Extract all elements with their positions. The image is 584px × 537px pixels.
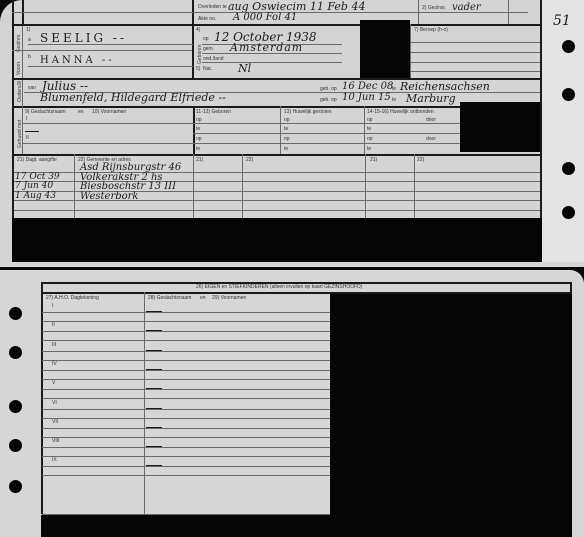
- address-col3-header: 21): [196, 158, 203, 163]
- rule: [28, 66, 193, 67]
- gezinsrelatie-value: vader: [452, 3, 481, 13]
- rule: [42, 340, 330, 341]
- divider: [22, 106, 23, 154]
- punch-hole: [9, 400, 22, 413]
- divider: [280, 106, 281, 154]
- geslachtsnaam-value: SEELIG --: [40, 32, 127, 44]
- rule: [146, 427, 162, 428]
- rule: [410, 62, 540, 63]
- overleden-label: Overleden te: [198, 5, 227, 10]
- rule: [202, 53, 342, 54]
- gehuwd-hg-op: op: [284, 137, 290, 142]
- rule: [410, 71, 540, 72]
- rule: [42, 456, 330, 457]
- address-col4-header: 22): [246, 158, 253, 163]
- rule: [28, 44, 193, 45]
- akte-value: A 000 Fol 41: [233, 13, 297, 23]
- nat-label: Nat.: [203, 67, 212, 72]
- rule: [12, 154, 542, 156]
- address-col6-header: 22): [417, 158, 424, 163]
- rule: [146, 311, 162, 312]
- geboren-gem-value: Amsterdam: [230, 42, 303, 53]
- gehuwd-geb-te: te: [196, 127, 200, 132]
- divider: [418, 0, 419, 24]
- punch-hole: [562, 206, 575, 219]
- mother-name: Blumenfeld, Hildegard Elfriede --: [40, 92, 226, 103]
- punch-hole: [9, 480, 22, 493]
- divider: [74, 154, 75, 218]
- rule: [42, 428, 330, 429]
- child-row-numeral: IX: [52, 458, 57, 463]
- en-header: en: [200, 296, 206, 301]
- redacted-photo: [360, 20, 410, 78]
- child-row-numeral: VII: [52, 420, 58, 425]
- rule: [146, 369, 162, 370]
- redacted-marriage-details: [460, 102, 540, 152]
- gehuwd-geslachtsnaam-header: 9) Geslachtsnaam: [25, 110, 66, 115]
- rule: [42, 466, 330, 467]
- aho-header: 27) A.H.O. Dagtekening: [46, 296, 99, 301]
- gehuwd-en-header: en: [78, 110, 84, 115]
- rule: [22, 123, 462, 124]
- nat-value: Nl: [238, 63, 251, 74]
- rule: [42, 331, 330, 332]
- gezinsrelatie-label: 2) Gezinsr.: [422, 6, 446, 11]
- rule: [42, 321, 330, 322]
- bottom-card: 26) EIGEN en STIEFKINDEREN (alleen invul…: [0, 270, 584, 537]
- punch-hole: [9, 346, 22, 359]
- rule: [12, 50, 192, 51]
- rule: [42, 418, 330, 419]
- rule: [410, 52, 540, 53]
- divider: [22, 26, 23, 78]
- rule: [25, 131, 39, 132]
- geboren-section: 4): [196, 28, 200, 33]
- rule: [146, 350, 162, 351]
- rule: [42, 437, 330, 438]
- rule: [12, 12, 192, 13]
- rule: [42, 409, 330, 410]
- divider: [144, 292, 145, 514]
- akte-label: Akte no.: [198, 17, 216, 22]
- address-dagt-header: 21) Dagt. aangifte: [17, 158, 57, 163]
- rule: [12, 24, 542, 26]
- divider: [22, 80, 23, 106]
- rule: [193, 133, 463, 134]
- gehuwd-geboren-header: 11-12) Geboren: [196, 110, 231, 115]
- gehuwd-ho-op: op: [367, 137, 373, 142]
- mother-born-value: 10 Jun 15: [342, 93, 391, 103]
- redacted-bottom-section: [12, 218, 542, 262]
- geboren-gem-label: gem.: [203, 47, 214, 52]
- top-card: 51 Overleden te aug Oswiecim 11 Feb 44 A…: [0, 0, 584, 267]
- rule: [42, 370, 330, 371]
- gehuwd-geb-op: op: [196, 137, 202, 142]
- divider: [365, 154, 366, 218]
- rule: [42, 360, 330, 361]
- rule: [14, 200, 540, 201]
- punch-hole: [562, 88, 575, 101]
- gehuwd-huwelijk-gesloten-header: 13) Huwelijk gesloten: [284, 110, 332, 115]
- gehuwd-ho-te: te: [367, 127, 371, 132]
- overleden-value: aug Oswiecim 11 Feb 44: [228, 1, 365, 12]
- rule: [146, 465, 162, 466]
- divider: [193, 106, 195, 154]
- divider: [242, 154, 243, 218]
- redacted-children-details: [330, 294, 572, 537]
- rule: [14, 210, 540, 211]
- mother-place-value: Marburg: [406, 93, 456, 104]
- beroep-label: 7) Beroep (h-o): [414, 28, 448, 33]
- mother-born-label: geb. op: [320, 98, 337, 103]
- gehuwd-voornamen-header: 10) Voornamen: [92, 110, 126, 115]
- address-date: 7 Jun 40: [15, 182, 53, 191]
- rule: [146, 330, 162, 331]
- rule: [42, 398, 330, 399]
- rule: [42, 389, 330, 390]
- punch-hole: [562, 162, 575, 175]
- voornamen-marker: b: [28, 55, 31, 60]
- address-col5-header: 21): [370, 158, 377, 163]
- voornamen-header: 29) Voornamen: [212, 296, 246, 301]
- father-born-value: 16 Dec 08: [342, 82, 393, 92]
- gehuwd-ho-te: te: [367, 147, 371, 152]
- child-row-numeral: III: [52, 343, 56, 348]
- voornamen-value: HANNA --: [40, 56, 115, 66]
- geslachtsnaam-marker: a: [28, 38, 31, 43]
- divider: [414, 154, 415, 218]
- punch-hole: [9, 439, 22, 452]
- gehuwd-row-marker: II: [26, 136, 29, 141]
- child-row-numeral: I: [52, 304, 53, 309]
- page-number: 51: [553, 14, 571, 28]
- rule: [22, 143, 462, 144]
- child-row-numeral: VI: [52, 401, 57, 406]
- rule: [42, 351, 330, 352]
- geboren-op-label: op: [203, 37, 209, 42]
- divider: [364, 106, 365, 154]
- mother-place-label: te: [392, 98, 396, 103]
- child-row-numeral: II: [52, 323, 55, 328]
- child-row-numeral: IV: [52, 362, 57, 367]
- gehuwd-huwelijk-ontbonden-header: 14-15-16) Huwelijk ontbonden: [367, 110, 434, 115]
- children-title: 26) EIGEN en STIEFKINDEREN (alleen invul…: [196, 285, 362, 290]
- ouders-van-label: van: [28, 86, 36, 91]
- child-row-numeral: VIII: [52, 439, 60, 444]
- punch-hole: [9, 307, 22, 320]
- gehuwd-row-marker: I: [26, 117, 27, 122]
- section-1-label: 1): [26, 28, 30, 33]
- rule: [410, 42, 540, 43]
- gehuwd-hg-te: te: [284, 127, 288, 132]
- divider: [410, 24, 411, 78]
- gehuwd-hg-te: te: [284, 147, 288, 152]
- nat-section: 5): [196, 67, 200, 72]
- child-row-numeral: V: [52, 381, 55, 386]
- punch-hole: [562, 40, 575, 53]
- right-margin-strip: [542, 0, 584, 262]
- father-place-value: Reichensachsen: [400, 81, 490, 92]
- divider: [508, 0, 509, 24]
- rule: [202, 62, 342, 63]
- rule: [42, 475, 330, 476]
- rule: [146, 408, 162, 409]
- redacted-footer: [41, 515, 572, 537]
- rule: [42, 447, 330, 448]
- rule: [42, 312, 330, 313]
- rule: [146, 388, 162, 389]
- rule: [42, 379, 330, 380]
- gehuwd-geb-te: te: [196, 147, 200, 152]
- geslachtsnaam-header: 28) Geslachtsnaam: [148, 296, 191, 301]
- rule: [146, 446, 162, 447]
- divider: [193, 154, 194, 218]
- gehuwd-ho-door: door: [426, 137, 436, 142]
